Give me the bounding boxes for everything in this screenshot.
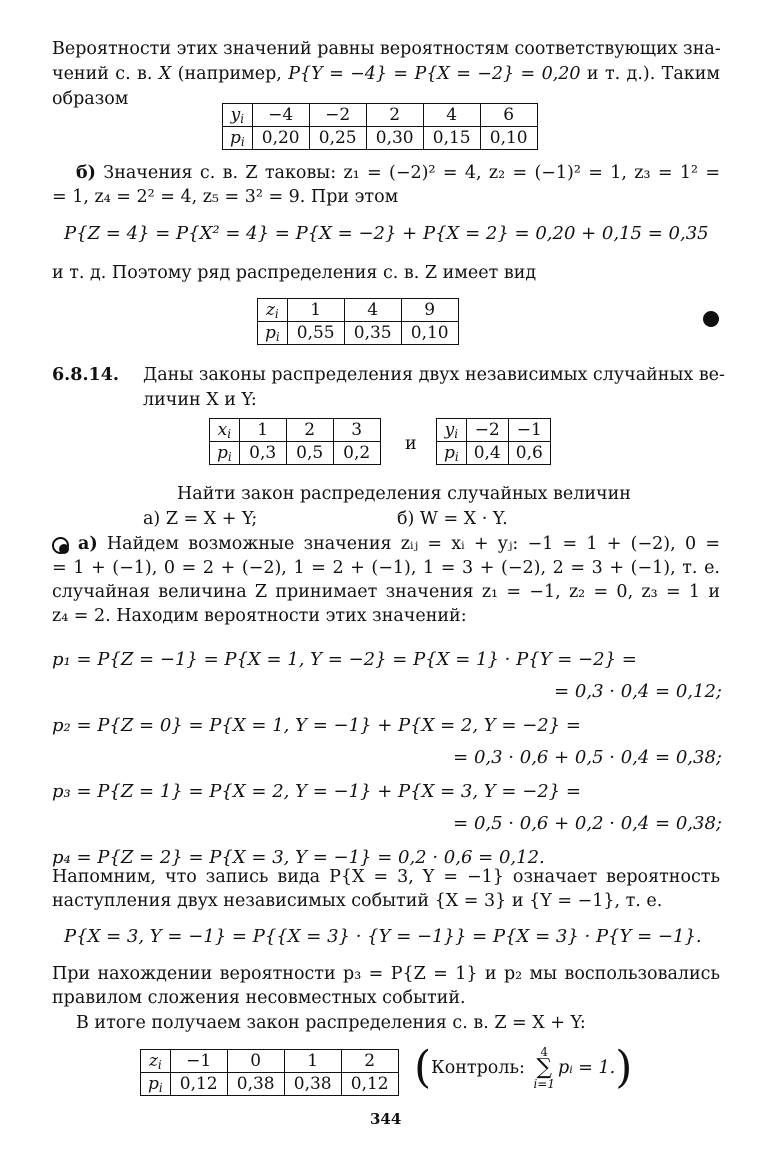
solution-line-2: = 1 + (−1), 0 = 2 + (−2), 1 = 2 + (−1), … xyxy=(52,557,720,579)
task-b: б) W = X · Y. xyxy=(397,508,508,530)
note-line-1: Напомним, что запись вида P{X = 3, Y = −… xyxy=(52,866,720,888)
solution-line-1: а) Найдем возможные значения zᵢⱼ = xᵢ + … xyxy=(78,533,720,555)
part-b-line-3: и т. д. Поэтому ряд распределения с. в. … xyxy=(52,262,536,284)
table-row-values: zi −1 0 1 2 xyxy=(141,1050,399,1073)
table-cell: 0,10 xyxy=(401,322,458,345)
problem-line-1: Даны законы распределения двух независим… xyxy=(143,364,720,386)
table-cell: 0,6 xyxy=(508,442,550,465)
table-row-probs: pi 0,20 0,25 0,30 0,15 0,10 xyxy=(223,127,538,150)
table-cell: 0,2 xyxy=(333,442,380,465)
connector-and: и xyxy=(405,434,417,454)
table-header-cell: pi xyxy=(210,442,240,465)
end-of-solution-icon xyxy=(703,311,719,327)
solution-start-icon xyxy=(52,537,69,554)
formula-p1-a: p₁ = P{Z = −1} = P{X = 1, Y = −2} = P{X … xyxy=(52,648,637,672)
table-cell: 6 xyxy=(480,104,537,127)
formula-independence: P{X = 3, Y = −1} = P{{X = 3} · {Y = −1}}… xyxy=(64,925,702,949)
sum-icon: 4∑i=1 xyxy=(533,1046,555,1090)
table-header-cell: yi xyxy=(223,104,253,127)
formula-p2-b: = 0,3 · 0,6 + 0,5 · 0,4 = 0,38; xyxy=(453,746,722,770)
formula-p2-a: p₂ = P{Z = 0} = P{X = 1, Y = −1} + P{X =… xyxy=(52,714,581,738)
table-cell: 4 xyxy=(344,299,401,322)
table-header-cell: pi xyxy=(223,127,253,150)
control-label: Контроль: xyxy=(431,1058,525,1078)
table-cell: 1 xyxy=(239,419,286,442)
table-cell: 9 xyxy=(401,299,458,322)
note-line-2: наступления двух независимых событий {X … xyxy=(52,890,662,912)
table-header-cell: yi xyxy=(437,419,467,442)
result-line: В итоге получаем закон распределения с. … xyxy=(76,1012,586,1034)
table-cell: 0,35 xyxy=(344,322,401,345)
table-row-values: xi 1 2 3 xyxy=(210,419,381,442)
table-cell: 2 xyxy=(366,104,423,127)
open-paren: ( xyxy=(414,1042,431,1093)
table-cell: 0,12 xyxy=(170,1073,227,1096)
control-expr: pᵢ = 1. xyxy=(558,1058,615,1078)
table-cell: −1 xyxy=(508,419,550,442)
task-line: Найти закон распределения случайных вели… xyxy=(177,483,631,505)
rule-line-1: При нахождении вероятности p₃ = P{Z = 1}… xyxy=(52,963,720,985)
table-cell: 0,38 xyxy=(284,1073,341,1096)
table-cell: 0,10 xyxy=(480,127,537,150)
table-cell: 4 xyxy=(423,104,480,127)
formula-pz4: P{Z = 4} = P{X² = 4} = P{X = −2} + P{X =… xyxy=(64,222,709,246)
formula-p3-a: p₃ = P{Z = 1} = P{X = 2, Y = −1} + P{X =… xyxy=(52,780,581,804)
table-row-values: zi 1 4 9 xyxy=(258,299,459,322)
table-cell: 0,30 xyxy=(366,127,423,150)
table-cell: 3 xyxy=(333,419,380,442)
table-cell: 0,38 xyxy=(227,1073,284,1096)
table-cell: 2 xyxy=(286,419,333,442)
intro-line-2: чений с. в. X (например, P{Y = −4} = P{X… xyxy=(52,63,720,85)
table-cell: −2 xyxy=(466,419,508,442)
table-cell: 0,12 xyxy=(341,1073,398,1096)
distribution-table-x: xi 1 2 3 pi 0,3 0,5 0,2 xyxy=(209,418,381,465)
table-cell: 0,20 xyxy=(252,127,309,150)
distribution-table-y2: yi −2 −1 pi 0,4 0,6 xyxy=(436,418,551,465)
table-cell: 0,3 xyxy=(239,442,286,465)
formula-p1-b: = 0,3 · 0,4 = 0,12; xyxy=(554,680,722,704)
table-cell: −4 xyxy=(252,104,309,127)
table-cell: 1 xyxy=(287,299,344,322)
table-header-cell: zi xyxy=(258,299,288,322)
table-cell: 0,5 xyxy=(286,442,333,465)
table-row-values: yi −2 −1 xyxy=(437,419,551,442)
table-cell: 1 xyxy=(284,1050,341,1073)
problem-line-2: личин X и Y: xyxy=(143,389,257,411)
table-header-cell: zi xyxy=(141,1050,171,1073)
problem-number: 6.8.14. xyxy=(52,364,119,386)
table-header-cell: pi xyxy=(258,322,288,345)
table-header-cell: xi xyxy=(210,419,240,442)
distribution-table-z-squared: zi 1 4 9 pi 0,55 0,35 0,10 xyxy=(257,298,459,345)
distribution-table-y: yi −4 −2 2 4 6 pi 0,20 0,25 0,30 0,15 0,… xyxy=(222,103,538,150)
table-cell: 0,4 xyxy=(466,442,508,465)
table-cell: 0,25 xyxy=(309,127,366,150)
table-header-cell: pi xyxy=(437,442,467,465)
table-cell: 0 xyxy=(227,1050,284,1073)
table-row-values: yi −4 −2 2 4 6 xyxy=(223,104,538,127)
table-row-probs: pi 0,12 0,38 0,38 0,12 xyxy=(141,1073,399,1096)
table-cell: 0,55 xyxy=(287,322,344,345)
part-b-line-2: = 1, z₄ = 2² = 4, z₅ = 3² = 9. При этом xyxy=(52,186,398,208)
part-b-line-1: б) Значения с. в. Z таковы: z₁ = (−2)² =… xyxy=(76,162,720,184)
table-cell: 2 xyxy=(341,1050,398,1073)
table-row-probs: pi 0,55 0,35 0,10 xyxy=(258,322,459,345)
close-paren: ) xyxy=(615,1042,632,1093)
table-cell: 0,15 xyxy=(423,127,480,150)
table-row-probs: pi 0,3 0,5 0,2 xyxy=(210,442,381,465)
table-cell: −2 xyxy=(309,104,366,127)
rule-line-2: правилом сложения несовместных событий. xyxy=(52,987,466,1009)
distribution-table-z-sum: zi −1 0 1 2 pi 0,12 0,38 0,38 0,12 xyxy=(140,1049,399,1096)
table-header-cell: pi xyxy=(141,1073,171,1096)
table-cell: −1 xyxy=(170,1050,227,1073)
intro-line-1: Вероятности этих значений равны вероятно… xyxy=(52,38,720,60)
table-row-probs: pi 0,4 0,6 xyxy=(437,442,551,465)
intro-line-3: образом xyxy=(52,88,128,110)
solution-line-4: z₄ = 2. Находим вероятности этих значени… xyxy=(52,605,467,627)
task-a: а) Z = X + Y; xyxy=(143,508,257,530)
solution-line-3: случайная величина Z принимает значения … xyxy=(52,581,720,603)
page-number: 344 xyxy=(370,1110,401,1128)
formula-p3-b: = 0,5 · 0,6 + 0,2 · 0,4 = 0,38; xyxy=(453,812,722,836)
control-check: (Контроль: 4∑i=1pᵢ = 1.) xyxy=(414,1046,632,1090)
